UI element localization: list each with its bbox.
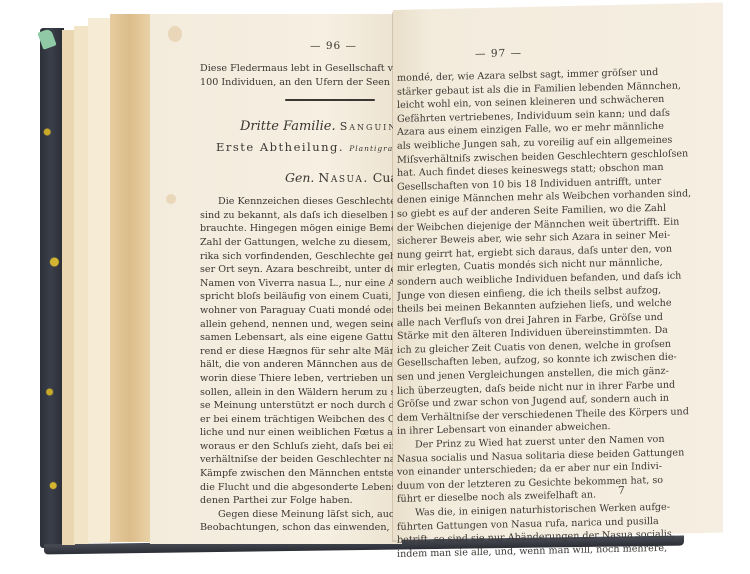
family-prefix: Dritte Familie.	[240, 119, 336, 134]
genus-label: Gen.	[285, 170, 314, 185]
genus-name: Nasua.	[318, 170, 368, 185]
right-page: — 97 — mondé, der, wie Azara selbst sagt…	[393, 3, 723, 540]
page-stack-edge	[88, 18, 111, 543]
left-page: — 96 — Diese Fledermaus lebt in Gesellsc…	[150, 14, 402, 544]
page-stack-edge-foxed	[110, 14, 151, 542]
signature-mark: 7	[618, 485, 625, 497]
foxing-stain	[166, 194, 176, 204]
ornamental-rule	[285, 99, 375, 101]
right-page-text: mondé, der, wie Azara selbst sagt, immer…	[397, 65, 715, 562]
open-book-photo: — 96 — Diese Fledermaus lebt in Gesellsc…	[0, 0, 750, 574]
foxing-stain	[168, 26, 182, 42]
page-number-left: — 96 —	[310, 40, 357, 52]
page-number-right: — 97 —	[475, 47, 522, 60]
marbled-cover-spine	[40, 28, 64, 548]
division-prefix: Erste Abtheilung.	[216, 140, 344, 154]
page-stack-edge	[74, 26, 89, 544]
